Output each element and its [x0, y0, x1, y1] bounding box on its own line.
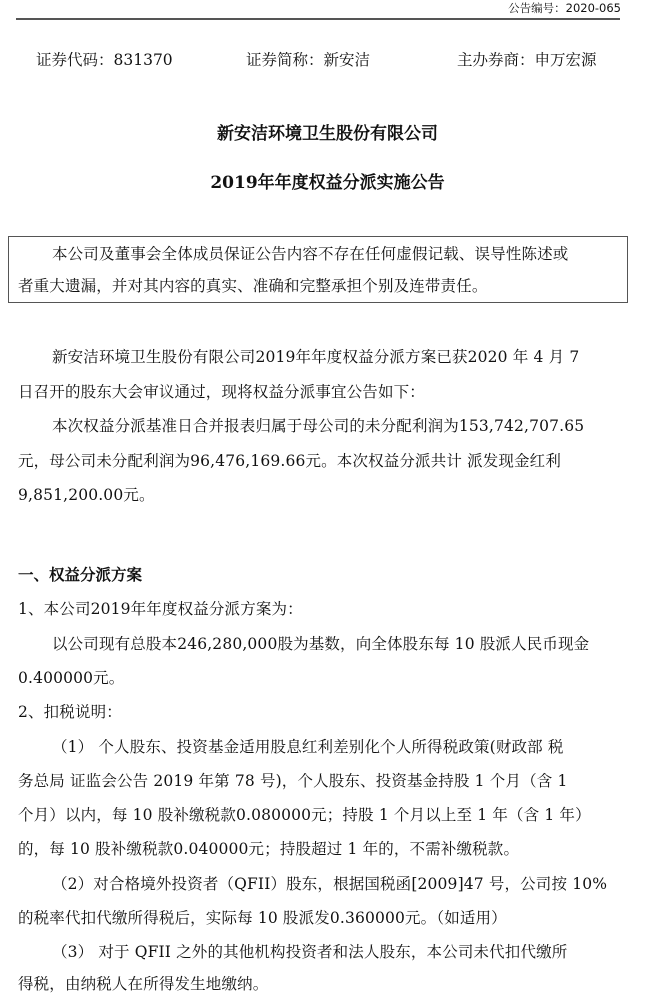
item-1-label: 1、本公司2019年年度权益分派方案为： — [18, 597, 303, 621]
tax-note-1-line-4: 的，每 10 股补缴税款0.040000元；持股超过 1 年的，不需补缴税款。 — [18, 837, 519, 861]
tax-note-1-line-2: 务总局 证监会公告 2019 年第 78 号)，个人股东、投资基金持股 1 个月… — [18, 769, 567, 793]
intro-paragraph-1-line-2: 日召开的股东大会审议通过，现将权益分派事宜公告如下： — [18, 380, 425, 404]
tax-note-3-line-2: 得税，由纳税人在所得发生地缴纳。 — [18, 972, 268, 994]
intro-paragraph-2-line-2: 元，母公司未分配利润为96,476,169.66元。本次权益分派共计 派发现金红… — [18, 449, 561, 473]
item-2-label: 2、扣税说明： — [18, 700, 122, 724]
security-info-row: 证券代码：831370 证券简称：新安洁 主办券商：申万宏源 — [0, 47, 655, 73]
intro-paragraph-2-line-1: 本次权益分派基准日合并报表归属于母公司的未分配利润为153,742,707.65 — [52, 414, 584, 438]
tax-note-1-line-3: 个月）以内，每 10 股补缴税款0.080000元；持股 1 个月以上至 1 年… — [18, 803, 591, 827]
announcement-title: 2019年年度权益分派实施公告 — [0, 170, 655, 196]
intro-paragraph-2-line-3: 9,851,200.00元。 — [18, 483, 155, 507]
sponsor-broker: 主办券商：申万宏源 — [457, 47, 597, 73]
tax-note-2-line-1: （2）对合格境外投资者（QFII）股东，根据国税函[2009]47 号，公司按 … — [52, 872, 607, 896]
notice-line-1: 本公司及董事会全体成员保证公告内容不存在任何虚假记载、误导性陈述或 — [52, 242, 568, 266]
tax-note-1-line-1: （1） 个人股东、投资基金适用股息红利差别化个人所得税政策(财政部 税 — [52, 735, 564, 759]
section-heading-distribution-plan: 一、权益分派方案 — [18, 563, 142, 587]
tax-note-2-line-2: 的税率代扣代缴所得税后，实际每 10 股派发0.360000元。（如适用） — [18, 906, 507, 930]
item-1-line-1: 以公司现有总股本246,280,000股为基数，向全体股东每 10 股派人民币现… — [52, 632, 589, 656]
company-name-title: 新安洁环境卫生股份有限公司 — [0, 121, 655, 147]
header-divider — [16, 18, 620, 20]
tax-note-3-line-1: （3） 对于 QFII 之外的其他机构投资者和法人股东，本公司未代扣代缴所 — [52, 940, 567, 964]
intro-paragraph-1-line-1: 新安洁环境卫生股份有限公司2019年年度权益分派方案已获2020 年 4 月 7 — [52, 345, 579, 369]
item-1-line-2: 0.400000元。 — [18, 666, 124, 690]
notice-line-2: 者重大遗漏，并对其内容的真实、准确和完整承担个别及连带责任。 — [18, 274, 488, 298]
security-abbreviation: 证券简称：新安洁 — [246, 47, 370, 73]
announcement-number: 公告编号：2020-065 — [508, 0, 621, 16]
security-code: 证券代码：831370 — [36, 47, 173, 73]
